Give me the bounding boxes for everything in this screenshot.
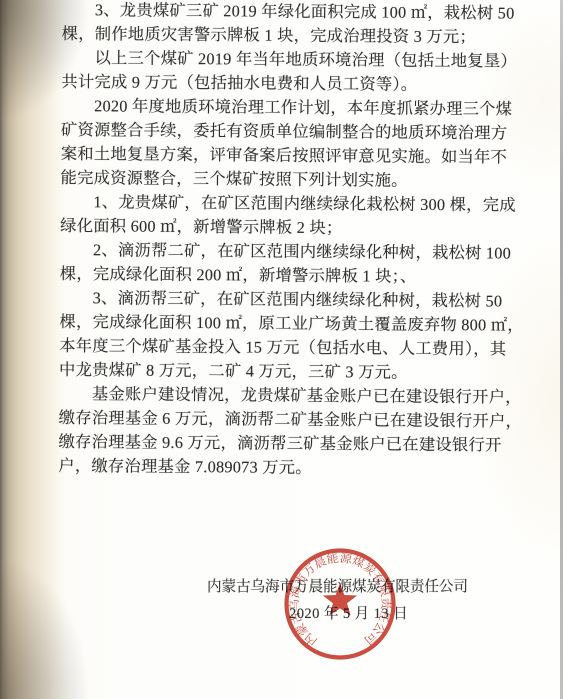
text-line: 以上三个煤矿 2019 年当年地质环境治理（包括土地复垦） bbox=[61, 46, 521, 74]
text-lines: 3、龙贵煤矿三矿 2019 年绿化面积完成 100 ㎡，栽松树 50棵，制作地质… bbox=[58, 0, 522, 482]
text-line: 1、龙贵煤矿，在矿区范围内继续绿化栽松树 300 棵，完成 bbox=[60, 190, 520, 218]
text-line: 户，缴存治理基金 7.089073 万元。 bbox=[58, 454, 518, 482]
text-line: 缴存治理基金 6 万元，滴沥帮二矿基金账户已在建设银行开户， bbox=[59, 406, 519, 434]
signature-company-name: 内蒙古乌海市万晨能源煤炭有限责任公司 bbox=[207, 577, 468, 597]
text-line: 案和土地复垦方案，评审备案后按照评审意见实施。如当年不 bbox=[61, 142, 521, 170]
text-line: 棵，完成绿化面积 200 ㎡，新增警示牌板 1 块；、 bbox=[60, 262, 520, 290]
text-line: 棵，制作地质灾害警示牌板 1 块，完成治理投资 3 万元； bbox=[62, 22, 522, 50]
text-line: 绿化面积 600 ㎡，新增警示牌板 2 块； bbox=[60, 214, 520, 242]
scanned-document-page: { "document": { "lines": [ {"text": "3、龙… bbox=[0, 0, 563, 699]
text-line: 2020 年度地质环境治理工作计划，本年度抓紧办理三个煤 bbox=[61, 94, 521, 122]
text-line: 中龙贵煤矿 8 万元，二矿 4 万元，三矿 3 万元。 bbox=[59, 358, 519, 386]
signature-date: 2020 年 5 月 13 日 bbox=[289, 604, 408, 624]
text-line: 能完成资源整合，三个煤矿按照下列计划实施。 bbox=[60, 166, 520, 194]
text-line: 棵，完成绿化面积 100 ㎡，原工业广场黄土覆盖废弃物 800 ㎡， bbox=[59, 310, 519, 338]
text-line: 本年度三个煤矿基金投入 15 万元（包括水电、人工费用），其 bbox=[59, 334, 519, 362]
text-line: 缴存治理基金 9.6 万元，滴沥帮三矿基金账户已在建设银行开 bbox=[58, 430, 518, 458]
text-line: 3、滴沥帮三矿，在矿区范围内继续绿化种树，栽松树 50 bbox=[60, 286, 520, 314]
text-line: 基金账户建设情况，龙贵煤矿基金账户已在建设银行开户， bbox=[59, 382, 519, 410]
text-line: 共计完成 9 万元（包括抽水电费和人员工资等）。 bbox=[61, 70, 521, 98]
text-line: 矿资源整合手续，委托有资质单位编制整合的地质环境治理方 bbox=[61, 118, 521, 146]
text-line: 2、滴沥帮二矿，在矿区范围内继续绿化种树，栽松树 100 bbox=[60, 238, 520, 266]
